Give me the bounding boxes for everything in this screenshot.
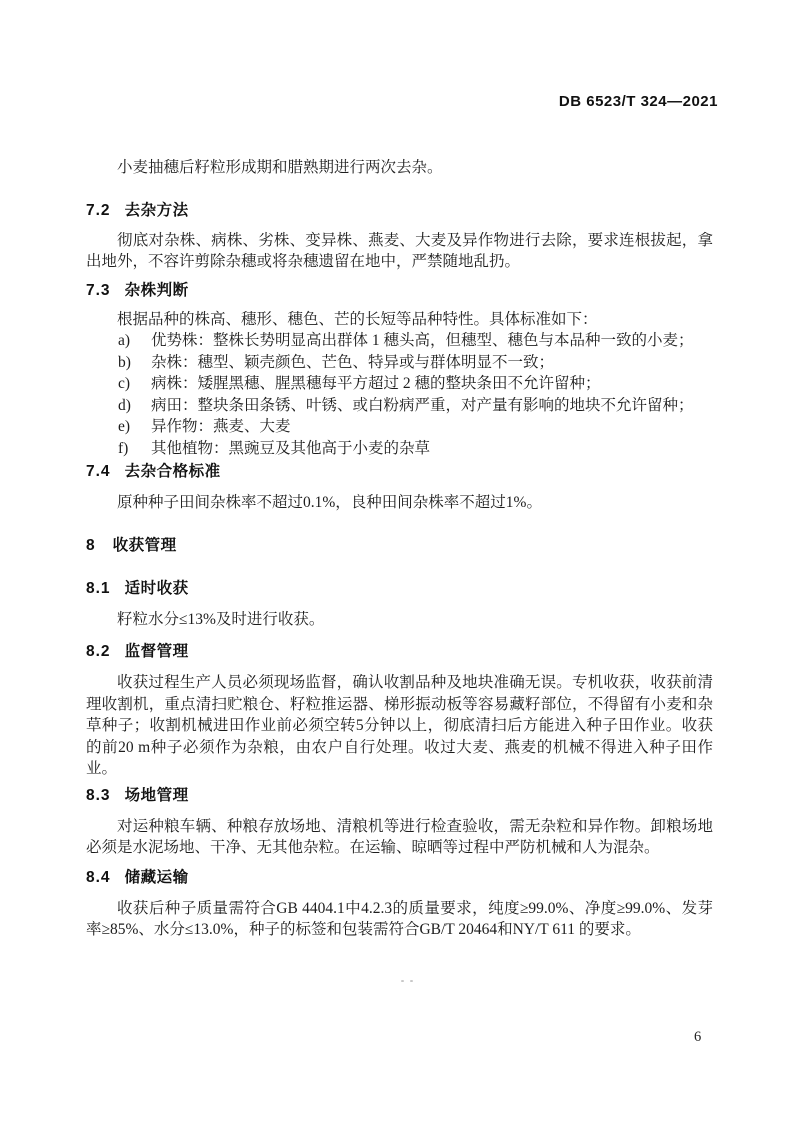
- section-number: 8.3: [86, 786, 111, 806]
- section-heading-8-1: 8.1 适时收获: [86, 579, 713, 599]
- list-item-letter: c): [118, 373, 151, 395]
- scan-smudge-artifact: [401, 980, 419, 984]
- list-item: c) 病株：矮腥黑穗、腥黑穗每平方超过 2 穗的整块条田不允许留种；: [86, 373, 713, 395]
- section-title: 适时收获: [125, 579, 189, 599]
- document-page: { "page": { "header_code": "DB 6523/T 32…: [0, 0, 793, 1122]
- chapter-heading-8: 8 收获管理: [86, 536, 713, 556]
- section-number: 7.3: [86, 281, 111, 301]
- section-number: 8.4: [86, 868, 111, 888]
- page-number: 6: [694, 1029, 701, 1046]
- section-title: 去杂方法: [125, 201, 189, 221]
- section-paragraph: 原种种子田间杂株率不超过0.1%，良种田间杂株率不超过1%。: [86, 492, 713, 514]
- section-number: 7.4: [86, 462, 111, 482]
- list-item-letter: f): [118, 438, 151, 460]
- list-item: b) 杂株：穗型、颖壳颜色、芒色、特异或与群体明显不一致；: [86, 352, 713, 374]
- section-paragraph: 对运种粮车辆、种粮存放场地、清粮机等进行检查验收，需无杂粒和异作物。卸粮场地必须…: [86, 816, 713, 859]
- list-item-text: 异作物：燕麦、大麦: [151, 416, 713, 438]
- section-number: 8.1: [86, 579, 111, 599]
- list-item: d) 病田：整块条田条锈、叶锈、或白粉病严重，对产量有影响的地块不允许留种；: [86, 395, 713, 417]
- list-item: a) 优势株：整株长势明显高出群体 1 穗头高，但穗型、穗色与本品种一致的小麦；: [86, 330, 713, 352]
- list-item-text: 杂株：穗型、颖壳颜色、芒色、特异或与群体明显不一致；: [151, 352, 713, 374]
- section-paragraph: 彻底对杂株、病株、劣株、变异株、燕麦、大麦及异作物进行去除，要求连根拔起，拿出地…: [86, 230, 713, 273]
- section-number: 8.2: [86, 642, 111, 662]
- section-paragraph: 籽粒水分≤13%及时进行收获。: [86, 609, 713, 631]
- list-item-letter: d): [118, 395, 151, 417]
- section-heading-8-3: 8.3 场地管理: [86, 786, 713, 806]
- section-paragraph: 根据品种的株高、穗形、穗色、芒的长短等品种特性。具体标准如下：: [86, 309, 713, 331]
- list-item-letter: b): [118, 352, 151, 374]
- list-item: e) 异作物：燕麦、大麦: [86, 416, 713, 438]
- section-title: 去杂合格标准: [125, 462, 221, 482]
- section-heading-7-2: 7.2 去杂方法: [86, 201, 713, 221]
- standard-code-header: DB 6523/T 324—2021: [559, 93, 718, 110]
- list-item-letter: e): [118, 416, 151, 438]
- section-heading-7-4: 7.4 去杂合格标准: [86, 462, 713, 482]
- section-number: 7.2: [86, 201, 111, 221]
- list-item-text: 病田：整块条田条锈、叶锈、或白粉病严重，对产量有影响的地块不允许留种；: [151, 395, 713, 417]
- list-item-text: 病株：矮腥黑穗、腥黑穗每平方超过 2 穗的整块条田不允许留种；: [151, 373, 713, 395]
- intro-paragraph: 小麦抽穗后籽粒形成期和腊熟期进行两次去杂。: [86, 157, 713, 179]
- section-number: 8: [86, 536, 96, 556]
- list-item-letter: a): [118, 330, 151, 352]
- section-title: 场地管理: [125, 786, 189, 806]
- clause-list: a) 优势株：整株长势明显高出群体 1 穗头高，但穗型、穗色与本品种一致的小麦；…: [86, 330, 713, 459]
- list-item-text: 优势株：整株长势明显高出群体 1 穗头高，但穗型、穗色与本品种一致的小麦；: [151, 330, 713, 352]
- section-paragraph: 收获过程生产人员必须现场监督，确认收割品种及地块准确无误。专机收获，收获前清理收…: [86, 672, 713, 780]
- section-title: 监督管理: [125, 642, 189, 662]
- list-item-text: 其他植物：黑豌豆及其他高于小麦的杂草: [151, 438, 713, 460]
- list-item: f) 其他植物：黑豌豆及其他高于小麦的杂草: [86, 438, 713, 460]
- section-title: 收获管理: [113, 536, 177, 556]
- document-body: 小麦抽穗后籽粒形成期和腊熟期进行两次去杂。 7.2 去杂方法 彻底对杂株、病株、…: [86, 157, 713, 941]
- section-title: 杂株判断: [125, 281, 189, 301]
- section-title: 储藏运输: [125, 868, 189, 888]
- section-paragraph: 收获后种子质量需符合GB 4404.1中4.2.3的质量要求，纯度≥99.0%、…: [86, 898, 713, 941]
- section-heading-7-3: 7.3 杂株判断: [86, 281, 713, 301]
- section-heading-8-4: 8.4 储藏运输: [86, 868, 713, 888]
- section-heading-8-2: 8.2 监督管理: [86, 642, 713, 662]
